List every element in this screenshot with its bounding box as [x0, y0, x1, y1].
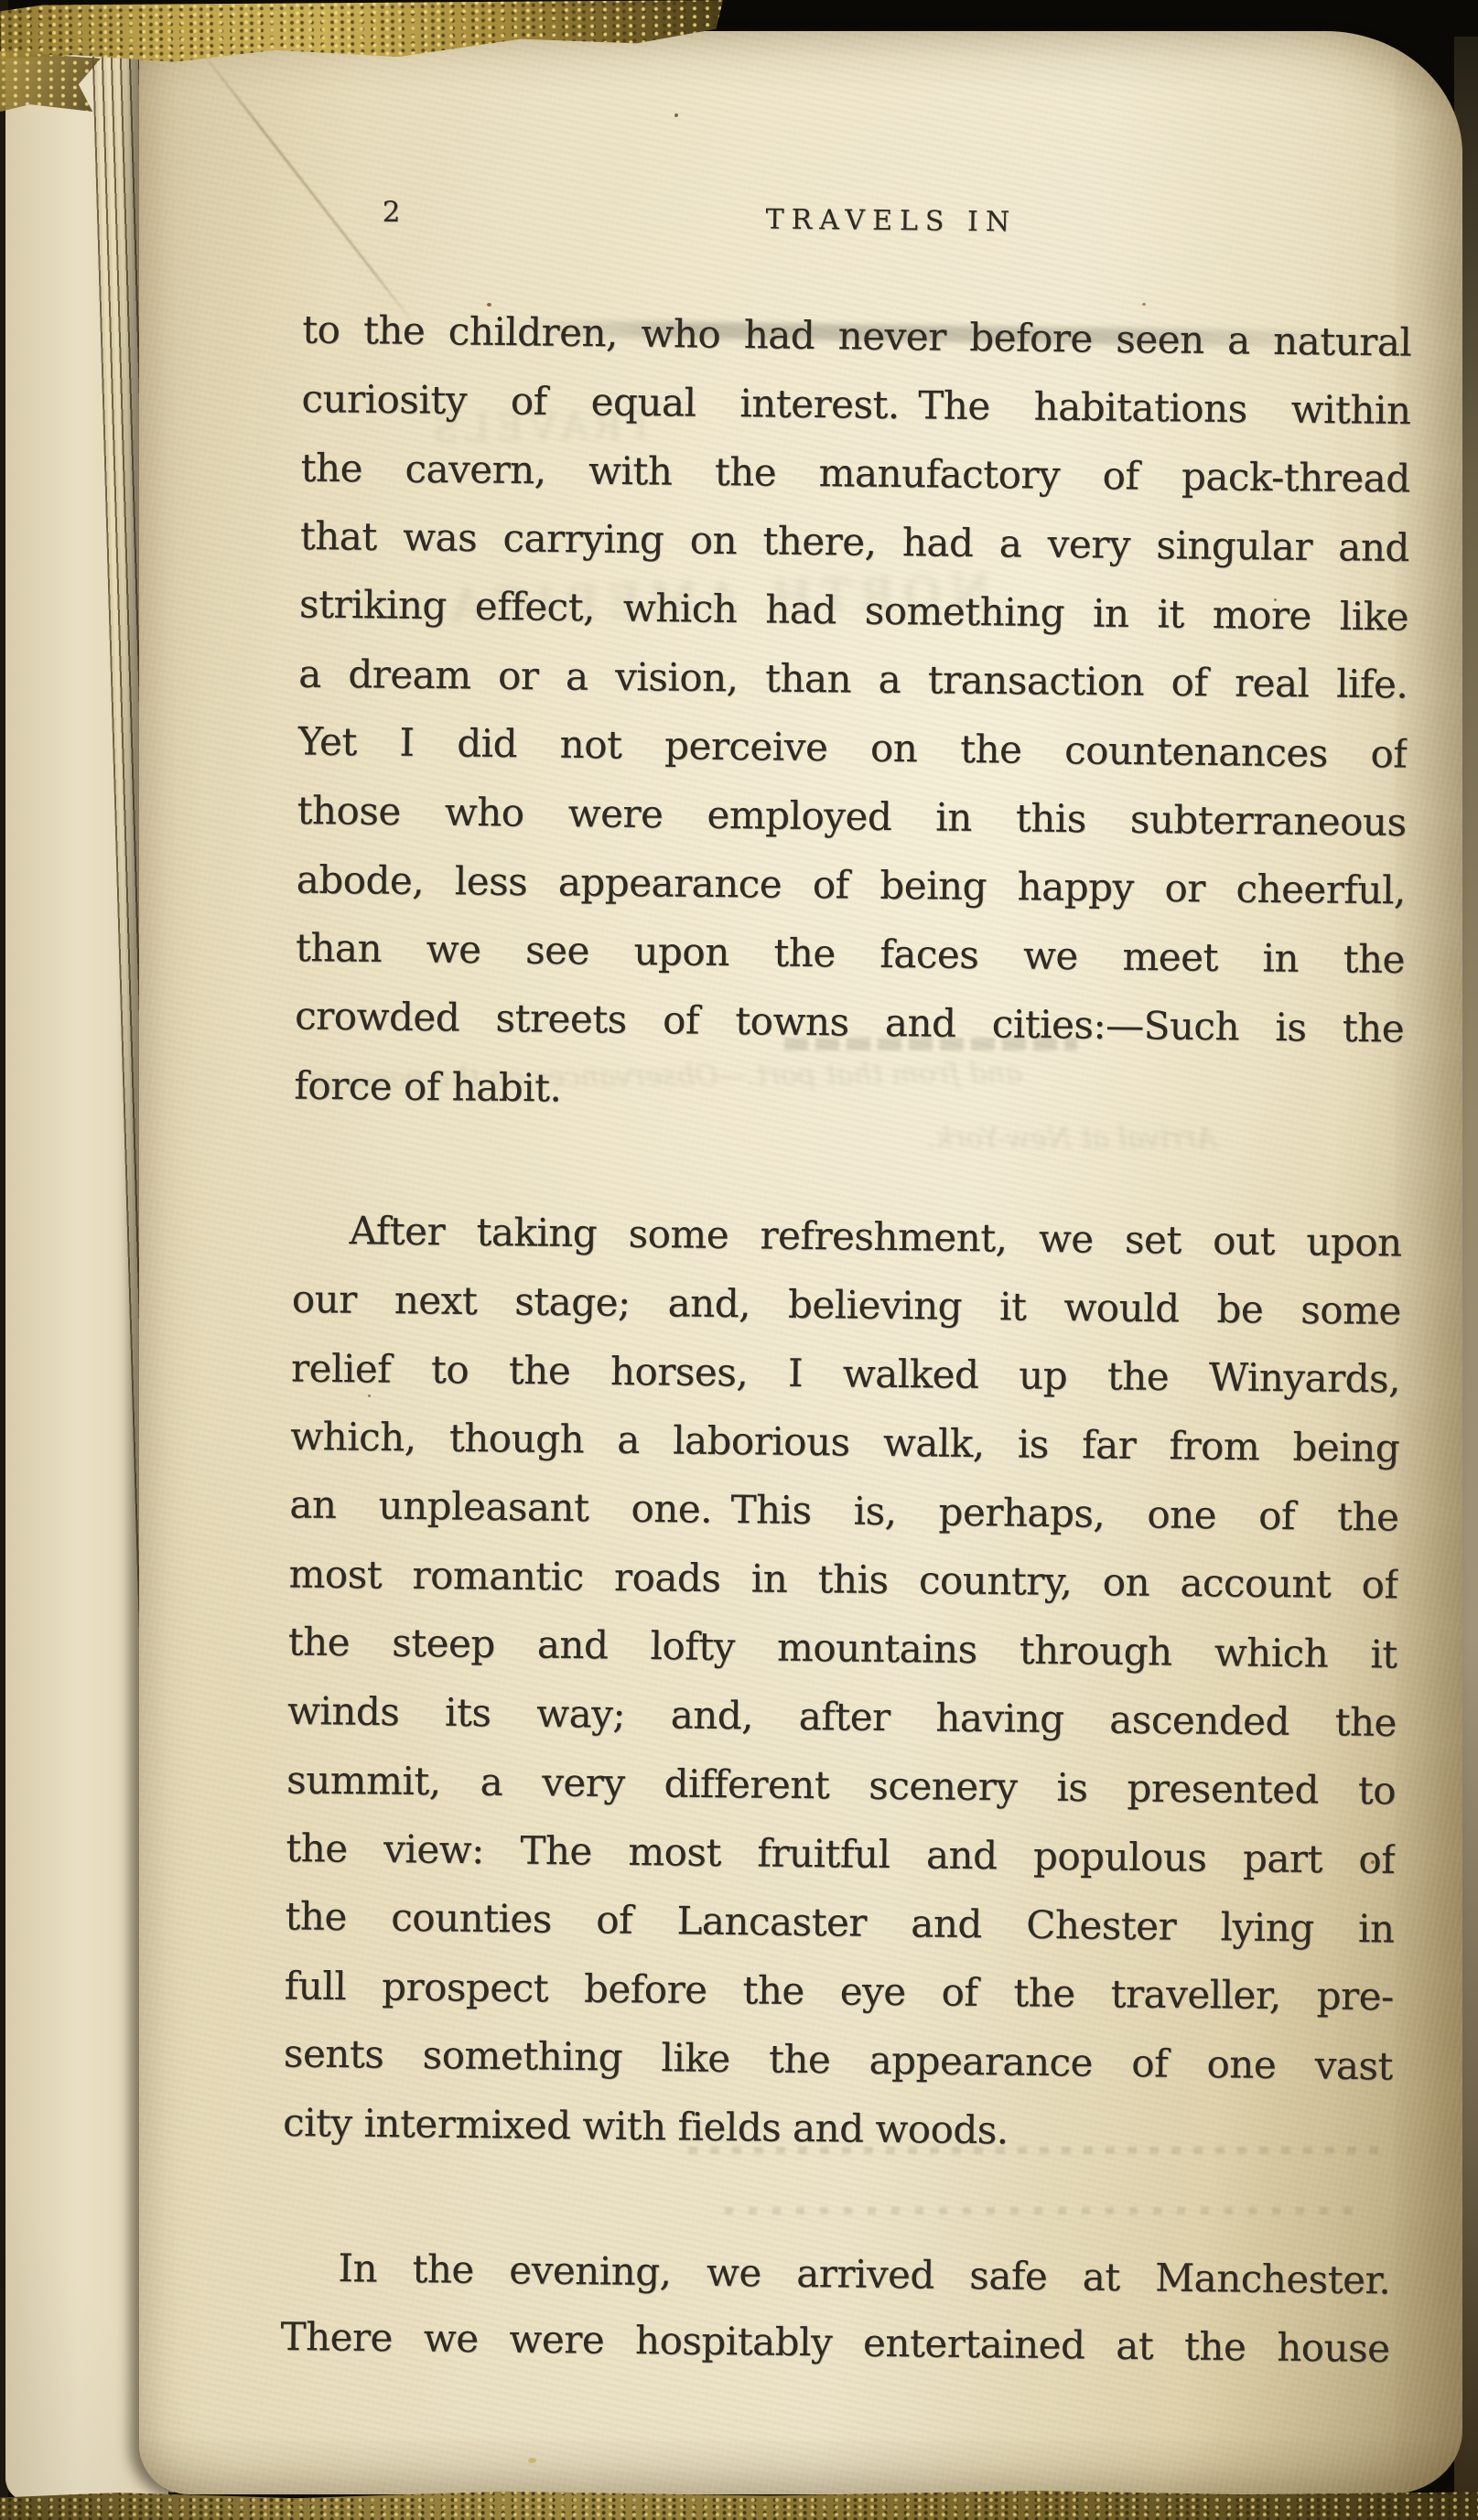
- foxing-speck: [674, 113, 678, 117]
- body-text: to the children, who had never before se…: [280, 296, 1411, 2383]
- text-line: a dream or a vision, than a transaction …: [298, 640, 1408, 719]
- paragraph: After taking some refreshment, we set ou…: [283, 1196, 1402, 2169]
- text-line: full prospect before the eye of the trav…: [284, 1952, 1394, 2031]
- text-line: those who were employed in this subterra…: [297, 776, 1407, 856]
- text-line: the cavern, with the manufactory of pack…: [300, 434, 1410, 513]
- paragraph: to the children, who had never before se…: [294, 296, 1412, 1131]
- running-head-row: 2 TRAVELS IN: [303, 188, 1413, 256]
- paragraph: In the evening, we arrived safe at Manch…: [280, 2234, 1391, 2383]
- text-line: striking effect, which had something in …: [299, 569, 1409, 651]
- text-line: an unpleasant one. This is, perhaps, one…: [289, 1470, 1399, 1551]
- text-line: the steep and lofty mountains through wh…: [287, 1607, 1397, 1688]
- text-line: most romantic roads in this country, on …: [288, 1540, 1398, 1620]
- text-line: our next stage; and, believing it would …: [291, 1265, 1401, 1345]
- text-line: winds its way; and, after having ascende…: [287, 1676, 1397, 1757]
- text-line: to the children, who had never before se…: [302, 295, 1412, 376]
- text-line: city intermixed with fields and woods.: [283, 2088, 1393, 2169]
- book-page: TRAVELS NORTH AMERICA and from that port…: [139, 31, 1462, 2494]
- text-line: than we see upon the faces we meet in th…: [296, 913, 1406, 994]
- text-line: which, though a laborious walk, is far f…: [290, 1402, 1400, 1482]
- text-line: There we were hospitably entertained at …: [280, 2302, 1390, 2383]
- text-line: relief to the horses, I walked up the Wi…: [291, 1334, 1401, 1414]
- text-line: the view: The most fruitful and populous…: [286, 1814, 1396, 1894]
- text-line: After taking some refreshment, we set ou…: [292, 1195, 1402, 1276]
- text-line: that was carrying on there, had a very s…: [299, 501, 1409, 582]
- foxing-speck: [528, 2458, 536, 2463]
- book-photo: TRAVELS NORTH AMERICA and from that port…: [0, 0, 1478, 2520]
- text-line: force of habit.: [294, 1051, 1404, 1131]
- text-line: summit, a very different scenery is pres…: [286, 1746, 1397, 1825]
- text-line: crowded streets of towns and cities:—Suc…: [295, 981, 1405, 1062]
- text-line: In the evening, we arrived safe at Manch…: [281, 2233, 1391, 2314]
- text-line: sents something like the appearance of o…: [283, 2019, 1393, 2100]
- text-line: Yet I did not perceive on the countenanc…: [297, 706, 1408, 788]
- running-header: TRAVELS IN: [765, 203, 1017, 238]
- page-content: 2 TRAVELS IN to the children, who had ne…: [280, 188, 1413, 2383]
- text-line: the counties of Lancaster and Chester ly…: [285, 1881, 1395, 1963]
- text-line: abode, less appearance of being happy or…: [296, 845, 1406, 925]
- page-number: 2: [383, 196, 402, 229]
- text-line: curiosity of equal interest. The habitat…: [301, 364, 1411, 445]
